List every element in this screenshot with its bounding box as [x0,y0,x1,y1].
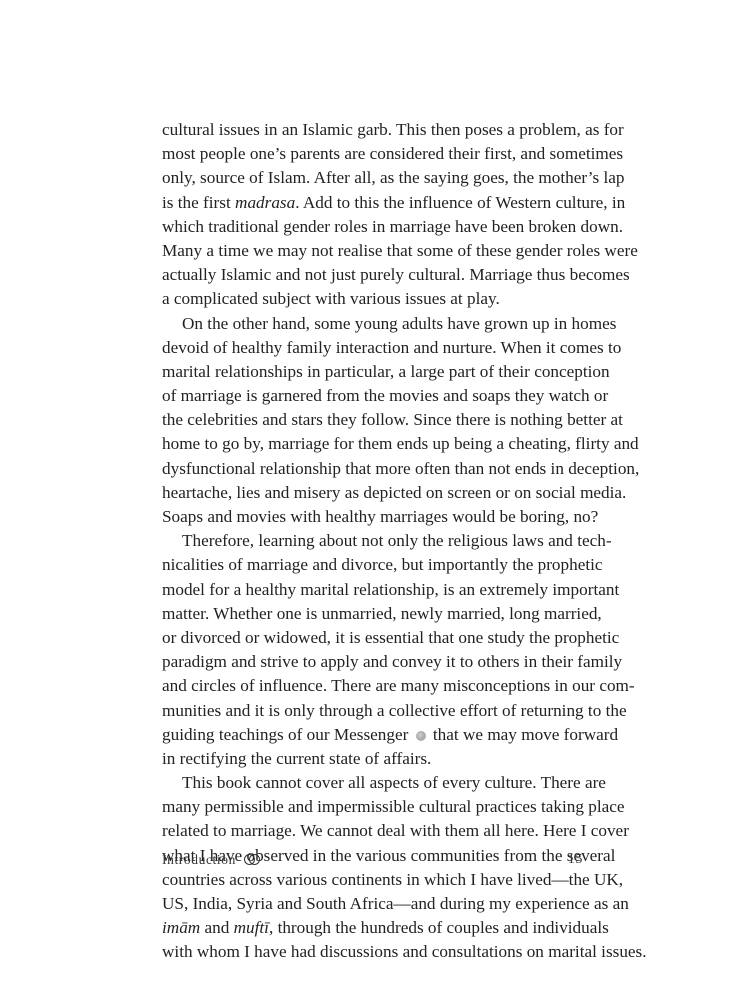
interlocking-rings-icon [244,854,260,864]
text-line: actually Islamic and not just purely cul… [162,263,583,287]
text-line: nicalities of marriage and divorce, but … [162,553,583,577]
paragraph: On the other hand, some young adults hav… [162,312,583,530]
text-line: marital relationships in particular, a l… [162,360,583,384]
text-line: model for a healthy marital relationship… [162,578,583,602]
page-number: 15 [568,852,583,868]
italic-term: madrasa [235,193,295,212]
text-line: which traditional gender roles in marria… [162,215,583,239]
text-line: only, source of Islam. After all, as the… [162,166,583,190]
text-line: US, India, Syria and South Africa—and du… [162,892,583,916]
text-line: in rectifying the current state of affai… [162,747,583,771]
text-line: dysfunctional relationship that more oft… [162,457,583,481]
text-line: is the first madrasa. Add to this the in… [162,191,583,215]
text-line: home to go by, marriage for them ends up… [162,432,583,456]
section-title: Introduction [162,852,236,867]
page-footer: Introduction 15 [162,852,583,874]
text-line: and circles of influence. There are many… [162,674,583,698]
text-line: many permissible and impermissible cultu… [162,795,583,819]
italic-term: muftī [234,918,269,937]
text-line: munities and it is only through a collec… [162,699,583,723]
text-line: Therefore, learning about not only the r… [162,529,583,553]
text-line: paradigm and strive to apply and convey … [162,650,583,674]
text-line: or divorced or widowed, it is essential … [162,626,583,650]
text-line: with whom I have had discussions and con… [162,940,583,964]
text-line: This book cannot cover all aspects of ev… [162,771,583,795]
text-line: Many a time we may not realise that some… [162,239,583,263]
italic-term: imām [162,918,200,937]
salawat-calligraphy-icon [416,731,426,741]
text-line: cultural issues in an Islamic garb. This… [162,118,583,142]
text-line: Soaps and movies with healthy marriages … [162,505,583,529]
text-line: On the other hand, some young adults hav… [162,312,583,336]
text-line: most people one’s parents are considered… [162,142,583,166]
text-line: devoid of healthy family interaction and… [162,336,583,360]
text-line: matter. Whether one is unmarried, newly … [162,602,583,626]
paragraph: Therefore, learning about not only the r… [162,529,583,771]
text-line: imām and muftī, through the hundreds of … [162,916,583,940]
text-line: a complicated subject with various issue… [162,287,583,311]
text-line: the celebrities and stars they follow. S… [162,408,583,432]
running-footer: Introduction [162,852,260,868]
text-line: of marriage is garnered from the movies … [162,384,583,408]
text-line: guiding teachings of our Messenger that … [162,723,583,747]
paragraph: cultural issues in an Islamic garb. This… [162,118,583,312]
text-line: heartache, lies and misery as depicted o… [162,481,583,505]
page-body: cultural issues in an Islamic garb. This… [162,118,583,965]
text-line: related to marriage. We cannot deal with… [162,819,583,843]
